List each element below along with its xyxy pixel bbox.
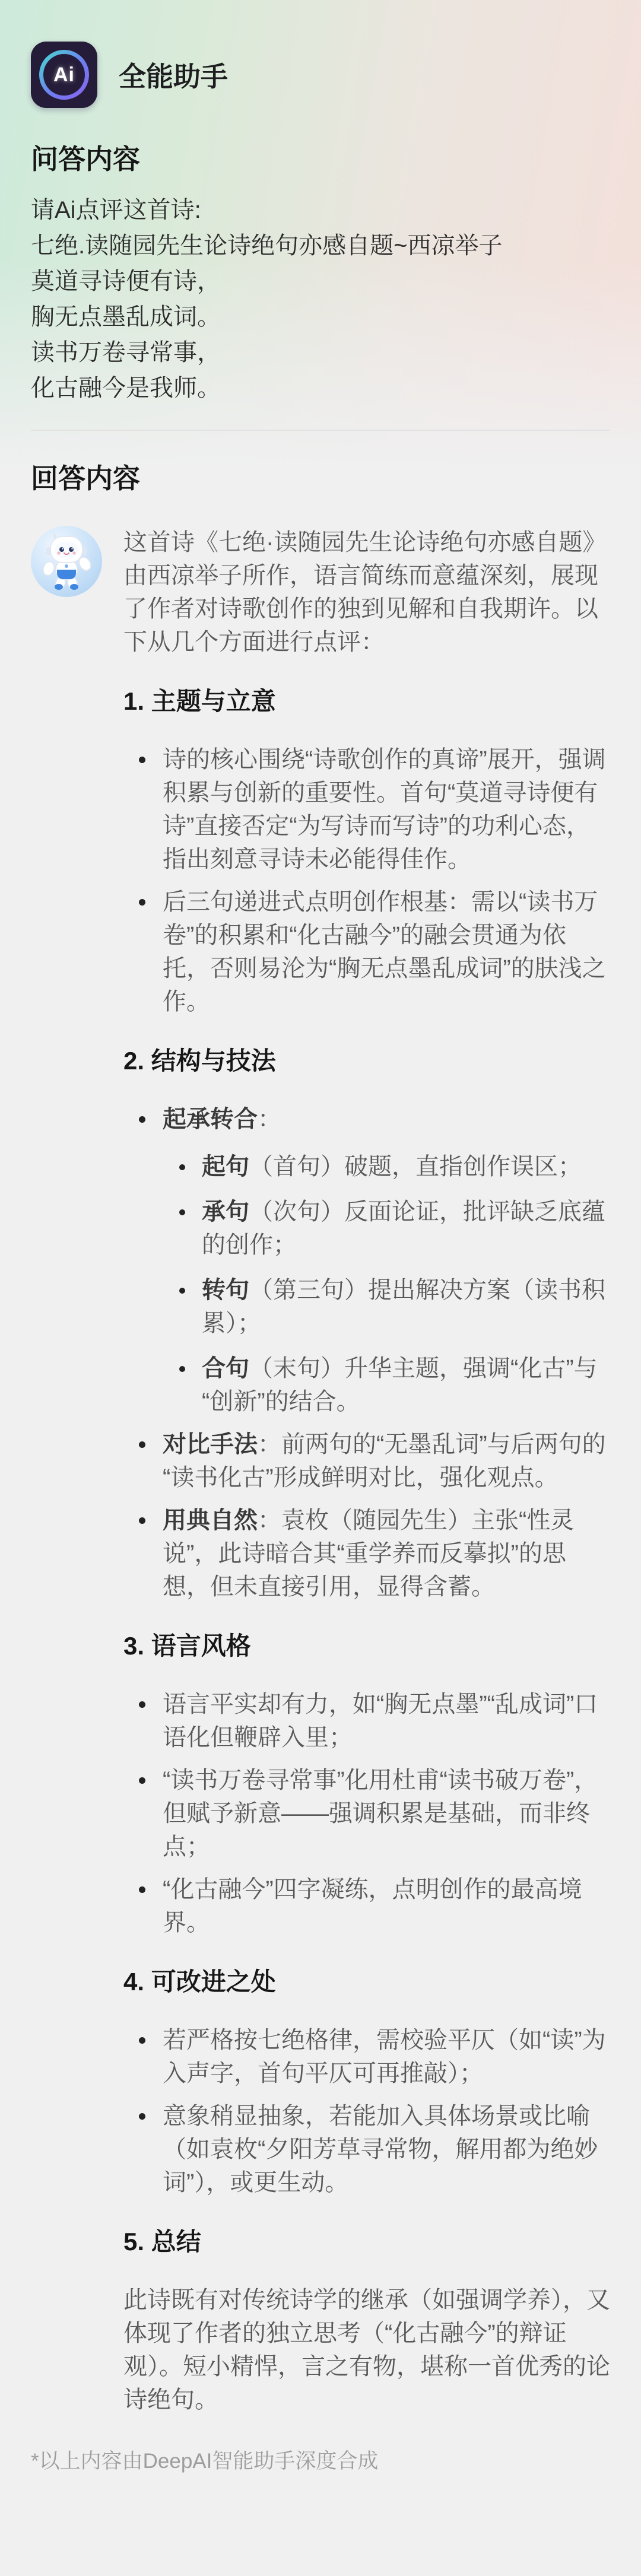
bullet-list: 若严格按七绝格律，需校验平仄（如“读”为入声字，首句平仄可再推敲）；意象稍显抽象… (123, 2024, 610, 2199)
section-heading: 1. 主题与立意 (123, 685, 610, 718)
logo-ring: Ai (39, 50, 89, 100)
list-item: 用典自然：袁枚（随园先生）主张“性灵说”，此诗暗合其“重学养而反摹拟”的思想，但… (123, 1504, 610, 1603)
disclaimer-text: *以上内容由DeepAI智能助手深度合成 (31, 2448, 610, 2475)
list-item: 后三句递进式点明创作根基：需以“读书万卷”的积累和“化古融今”的融会贯通为依托，… (123, 885, 610, 1018)
bold-runin: 转句 (202, 1277, 249, 1303)
list-item: 对比手法：前两句的“无墨乱词”与后两句的“读书化古”形成鲜明对比，强化观点。 (123, 1428, 610, 1494)
question-line: 莫道寻诗便有诗， (31, 263, 610, 299)
list-item: 合句（末句）升华主题，强调“化古”与“创新”的结合。 (163, 1352, 610, 1418)
list-item: 起句（首句）破题，直指创作误区； (163, 1150, 610, 1183)
app-logo-icon: Ai (31, 42, 97, 108)
bold-runin: 合句 (202, 1355, 249, 1381)
list-item: 诗的核心围绕“诗歌创作的真谛”展开，强调积累与创新的重要性。首句“莫道寻诗便有诗… (123, 743, 610, 876)
bold-runin: 用典自然 (163, 1507, 258, 1533)
question-line: 化古融今是我师。 (31, 370, 610, 406)
question-block: 请Ai点评这首诗: 七绝.读随园先生论诗绝句亦感自题~西凉举子 莫道寻诗便有诗，… (31, 192, 610, 406)
bullet-list: 起句（首句）破题，直指创作误区；承句（次句）反面论证，批评缺乏底蕴的创作；转句（… (163, 1150, 610, 1418)
bullet-text: “化古融今”四字凝练，点明创作的最高境界。 (163, 1876, 582, 1936)
app-title: 全能助手 (119, 55, 228, 94)
list-item: 若严格按七绝格律，需校验平仄（如“读”为入声字，首句平仄可再推敲）； (123, 2024, 610, 2090)
section-heading: 5. 总结 (123, 2225, 610, 2259)
bullet-list: 语言平实却有力，如“胸无点墨”“乱成词”口语化但鞭辟入里；“读书万卷寻常事”化用… (123, 1688, 610, 1939)
bullet-text: ： (258, 1106, 281, 1132)
section-heading: 2. 结构与技法 (123, 1044, 610, 1078)
bullet-text: 后三句递进式点明创作根基：需以“读书万卷”的积累和“化古融今”的融会贯通为依托，… (163, 889, 606, 1015)
question-line: 七绝.读随园先生论诗绝句亦感自题~西凉举子 (31, 228, 610, 263)
bullet-list: 诗的核心围绕“诗歌创作的真谛”展开，强调积累与创新的重要性。首句“莫道寻诗便有诗… (123, 743, 610, 1018)
bullet-list: 起承转合：起句（首句）破题，直指创作误区；承句（次句）反面论证，批评缺乏底蕴的创… (123, 1103, 610, 1603)
section-heading: 3. 语言风格 (123, 1630, 610, 1663)
list-item: 承句（次句）反面论证，批评缺乏底蕴的创作； (163, 1195, 610, 1262)
bold-runin: 起承转合 (163, 1106, 258, 1132)
answer-content: 这首诗《七绝·读随园先生论诗绝句亦感自题》由西凉举子所作，语言简练而意蕴深刻，展… (123, 526, 610, 2416)
answer-sections: 1. 主题与立意诗的核心围绕“诗歌创作的真谛”展开，强调积累与创新的重要性。首句… (123, 685, 610, 2416)
logo-ai-text: Ai (43, 54, 85, 96)
list-item: 意象稍显抽象，若能加入具体场景或比喻（如袁枚“夕阳芳草寻常物，解用都为绝妙词”）… (123, 2099, 610, 2199)
bullet-text: 若严格按七绝格律，需校验平仄（如“读”为入声字，首句平仄可再推敲）； (163, 2027, 606, 2086)
bullet-text: （首句）破题，直指创作误区； (249, 1154, 582, 1180)
section-paragraph: 此诗既有对传统诗学的继承（如强调学养），又体现了作者的独立思考（“化古融今”的辩… (123, 2283, 610, 2416)
page-content: Ai 全能助手 问答内容 请Ai点评这首诗: 七绝.读随园先生论诗绝句亦感自题~… (0, 0, 641, 2475)
list-item: 转句（第三句）提出解决方案（读书积累）； (163, 1273, 610, 1340)
question-line: 读书万卷寻常事， (31, 335, 610, 370)
section-heading: 4. 可改进之处 (123, 1965, 610, 1999)
bullet-text: （第三句）提出解决方案（读书积累）； (202, 1277, 605, 1336)
question-line: 胸无点墨乱成词。 (31, 299, 610, 335)
question-line: 请Ai点评这首诗: (31, 192, 610, 228)
list-item: “化古融今”四字凝练，点明创作的最高境界。 (123, 1873, 610, 1939)
list-item: 语言平实却有力，如“胸无点墨”“乱成词”口语化但鞭辟入里； (123, 1688, 610, 1754)
robot-icon (31, 526, 102, 597)
bold-runin: 对比手法 (163, 1431, 258, 1457)
bullet-text: 意象稍显抽象，若能加入具体场景或比喻（如袁枚“夕阳芳草寻常物，解用都为绝妙词”）… (163, 2103, 598, 2196)
section-divider (31, 430, 610, 431)
bullet-text: 诗的核心围绕“诗歌创作的真谛”展开，强调积累与创新的重要性。首句“莫道寻诗便有诗… (163, 747, 606, 872)
question-section-title: 问答内容 (31, 138, 610, 177)
share-card-page: Ai 全能助手 问答内容 请Ai点评这首诗: 七绝.读随园先生论诗绝句亦感自题~… (0, 0, 641, 2576)
list-item: 起承转合：起句（首句）破题，直指创作误区；承句（次句）反面论证，批评缺乏底蕴的创… (123, 1103, 610, 1418)
bullet-text: （次句）反面论证，批评缺乏底蕴的创作； (202, 1199, 605, 1258)
answer-section-title: 回答内容 (31, 457, 610, 496)
bullet-text: 语言平实却有力，如“胸无点墨”“乱成词”口语化但鞭辟入里； (163, 1691, 598, 1751)
app-header: Ai 全能助手 (31, 0, 610, 108)
bullet-text: “读书万卷寻常事”化用杜甫“读书破万卷”，但赋予新意——强调积累是基础，而非终点… (163, 1767, 598, 1860)
answer-intro: 这首诗《七绝·读随园先生论诗绝句亦感自题》由西凉举子所作，语言简练而意蕴深刻，展… (123, 526, 610, 659)
answer-row: 这首诗《七绝·读随园先生论诗绝句亦感自题》由西凉举子所作，语言简练而意蕴深刻，展… (31, 526, 610, 2416)
bold-runin: 承句 (202, 1199, 249, 1225)
bold-runin: 起句 (202, 1154, 249, 1180)
robot-assistant-avatar-icon (31, 526, 102, 597)
list-item: “读书万卷寻常事”化用杜甫“读书破万卷”，但赋予新意——强调积累是基础，而非终点… (123, 1764, 610, 1863)
bullet-text: （末句）升华主题，强调“化古”与“创新”的结合。 (202, 1355, 598, 1415)
